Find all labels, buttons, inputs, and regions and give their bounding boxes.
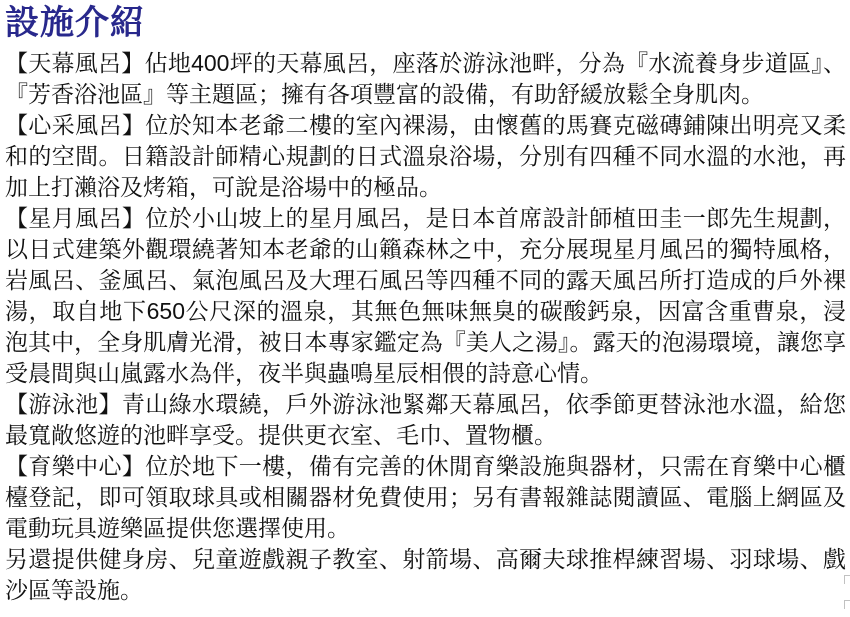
clipped-edge-glyph-fragment xyxy=(844,575,850,586)
facility-intro-page: 設施介紹 【天幕風呂】佔地400坪的天幕風呂，座落於游泳池畔，分為『水流養身步道… xyxy=(0,0,850,617)
paragraph-shincai-bath: 【心采風呂】位於知本老爺二樓的室內裸湯，由懷舊的馬賽克磁磚鋪陳出明亮又柔和的空間… xyxy=(5,110,846,203)
page-title: 設施介紹 xyxy=(5,2,846,44)
clipped-edge-glyph-fragment xyxy=(844,600,850,611)
paragraph-recreation-center: 【育樂中心】位於地下一樓，備有完善的休閒育樂設施與器材，只需在育樂中心櫃檯登記，… xyxy=(5,451,846,544)
paragraph-tenmaku-bath: 【天幕風呂】佔地400坪的天幕風呂，座落於游泳池畔，分為『水流養身步道區』、『芳… xyxy=(5,48,846,110)
paragraph-hoshizuki-bath: 【星月風呂】位於小山坡上的星月風呂，是日本首席設計師植田圭一郎先生規劃，以日式建… xyxy=(5,203,846,389)
facility-description-text: 【天幕風呂】佔地400坪的天幕風呂，座落於游泳池畔，分為『水流養身步道區』、『芳… xyxy=(5,48,846,606)
paragraph-other-facilities: 另還提供健身房、兒童遊戲親子教室、射箭場、高爾夫球推桿練習場、羽球場、戲沙區等設… xyxy=(5,544,846,606)
paragraph-swimming-pool: 【游泳池】青山綠水環繞，戶外游泳池緊鄰天幕風呂，依季節更替泳池水溫，給您最寬敞悠… xyxy=(5,389,846,451)
